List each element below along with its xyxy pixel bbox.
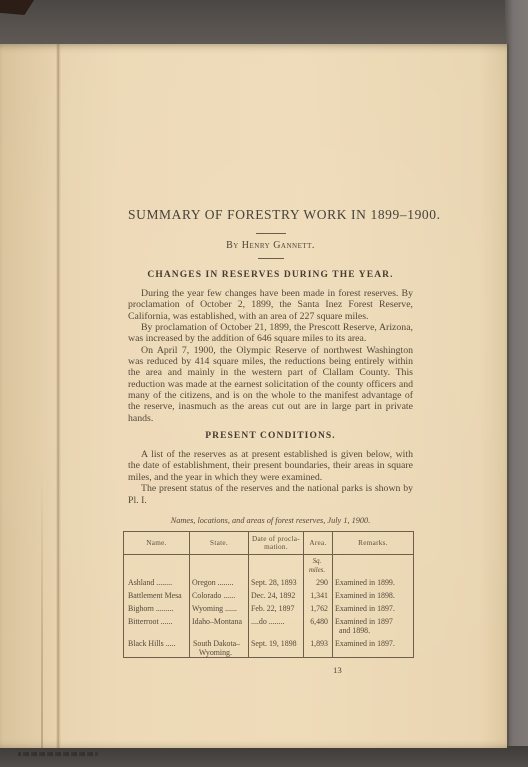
page-edge-line xyxy=(41,474,43,748)
cell-area: 6,480 xyxy=(304,614,333,635)
column-header-remarks: Remarks. xyxy=(333,531,414,554)
author-byline: By Henry Gannett. xyxy=(128,240,413,251)
watermark-smudge xyxy=(18,752,98,756)
cell-remarks: Examined in 1898. xyxy=(333,588,414,601)
cell-area: 290 xyxy=(304,575,333,588)
cell-remarks: Examined in 1899. xyxy=(333,575,414,588)
cell-area: 1,341 xyxy=(304,588,333,601)
table-row-black-hills: Black Hills ..... South Dakota– Wyoming.… xyxy=(124,636,414,658)
column-header-date: Date of procla- mation. xyxy=(249,531,304,554)
photo-background-top xyxy=(0,0,528,46)
paragraph-reserve-list: A list of the reserves as at present est… xyxy=(128,449,413,483)
scanned-book-photo: SUMMARY OF FORESTRY WORK IN 1899–1900. B… xyxy=(0,0,528,767)
paragraph-plate-reference: The present status of the reserves and t… xyxy=(128,483,413,506)
section-heading-present-conditions: PRESENT CONDITIONS. xyxy=(128,431,413,441)
cell-state: Wyoming ...... xyxy=(190,601,249,614)
byline-divider-rule xyxy=(258,258,284,259)
cell-date: ....do ........ xyxy=(249,614,304,635)
cell-date: Sept. 28, 1893 xyxy=(249,575,304,588)
photo-background-right xyxy=(505,0,528,767)
cell-area: 1,762 xyxy=(304,601,333,614)
table-row-battlement-mesa: Battlement Mesa Colorado ...... Dec. 24,… xyxy=(124,588,414,601)
table-header-row: Name. State. Date of procla- mation. Are… xyxy=(124,531,414,554)
section-heading-changes: CHANGES IN RESERVES DURING THE YEAR. xyxy=(128,270,413,280)
page-number: 13 xyxy=(128,665,413,675)
table-row-bighorn: Bighorn ......... Wyoming ...... Feb. 22… xyxy=(124,601,414,614)
cell-remarks: Examined in 1897. xyxy=(333,636,414,658)
book-page: SUMMARY OF FORESTRY WORK IN 1899–1900. B… xyxy=(0,44,507,748)
cell-date: Feb. 22, 1897 xyxy=(249,601,304,614)
paragraph-olympic: On April 7, 1900, the Olympic Reserve of… xyxy=(128,345,413,424)
column-header-name: Name. xyxy=(124,531,190,554)
page-gutter-line xyxy=(56,44,61,748)
cell-remarks: Examined in 1897 and 1898. xyxy=(333,614,414,635)
cell-date: Sept. 19, 1898 xyxy=(249,636,304,658)
forest-reserves-table: Name. State. Date of procla- mation. Are… xyxy=(123,531,414,658)
cell-state: Colorado ...... xyxy=(190,588,249,601)
paragraph-prescott: By proclamation of October 21, 1899, the… xyxy=(128,322,413,345)
area-unit-label: Sq. miles. xyxy=(304,554,333,575)
photo-background-bottom xyxy=(0,746,528,767)
cell-date: Dec. 24, 1892 xyxy=(249,588,304,601)
table-caption: Names, locations, and areas of forest re… xyxy=(128,516,413,525)
text-block: SUMMARY OF FORESTRY WORK IN 1899–1900. B… xyxy=(128,44,413,675)
cell-name: Black Hills ..... xyxy=(124,636,190,658)
area-unit-row: Sq. miles. xyxy=(124,554,414,575)
cell-state: South Dakota– Wyoming. xyxy=(190,636,249,658)
cell-name: Ashland ........ xyxy=(124,575,190,588)
page-title: SUMMARY OF FORESTRY WORK IN 1899–1900. xyxy=(128,207,413,223)
cell-state: Idaho–Montana xyxy=(190,614,249,635)
cell-area: 1,893 xyxy=(304,636,333,658)
column-header-area: Area. xyxy=(304,531,333,554)
cell-name: Bighorn ......... xyxy=(124,601,190,614)
column-header-state: State. xyxy=(190,531,249,554)
cell-remarks: Examined in 1897. xyxy=(333,601,414,614)
title-divider-rule xyxy=(256,233,286,234)
paragraph-santa-inez: During the year few changes have been ma… xyxy=(128,288,413,322)
table-row-ashland: Ashland ........ Oregon ........ Sept. 2… xyxy=(124,575,414,588)
cell-state: Oregon ........ xyxy=(190,575,249,588)
table-row-bitterroot: Bitterroot ...... Idaho–Montana ....do .… xyxy=(124,614,414,635)
cell-name: Bitterroot ...... xyxy=(124,614,190,635)
cell-name: Battlement Mesa xyxy=(124,588,190,601)
